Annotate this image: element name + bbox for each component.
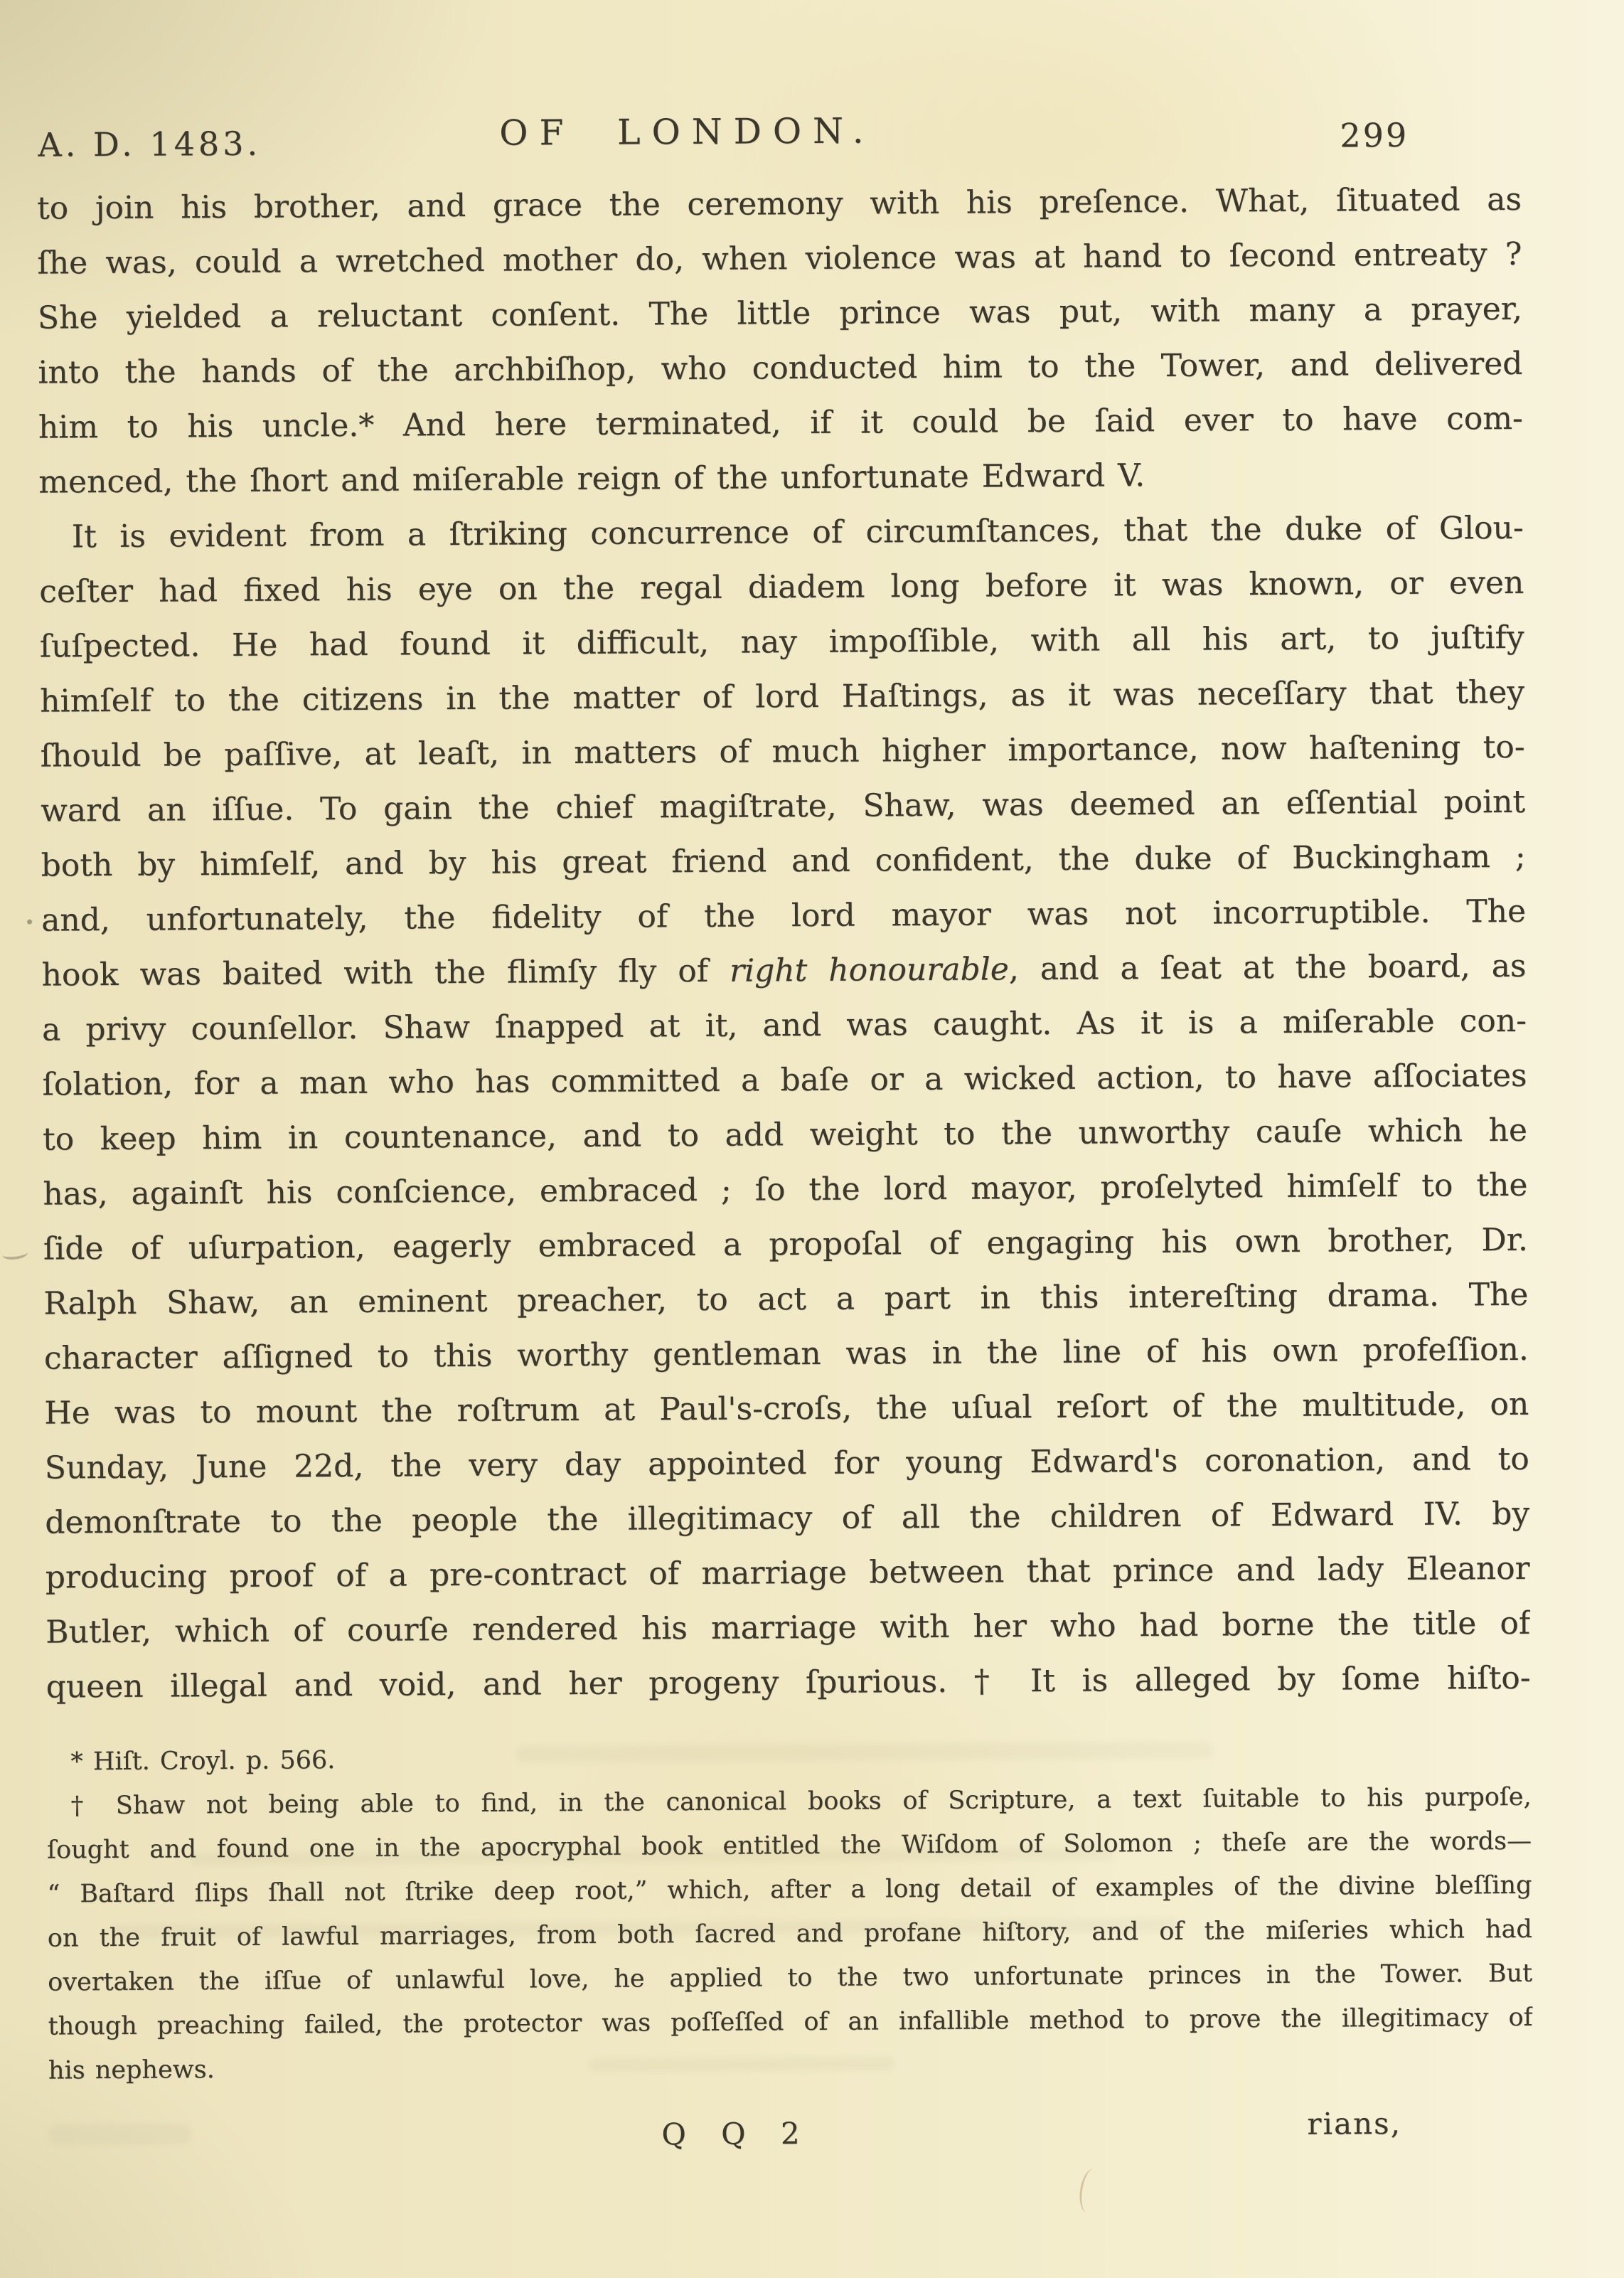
running-title: OF LONDON. [499, 110, 875, 153]
text-line: ceſter had fixed his eye on the regal di… [39, 555, 1524, 619]
text-line: ſhould be paſſive, at leaſt, in matters … [40, 720, 1524, 784]
text-line: him to his uncle.* And here terminated, … [38, 391, 1523, 455]
italic-phrase: right honourable [730, 951, 1009, 989]
paragraph: It is evident from a ſtriking concurrenc… [39, 501, 1531, 1715]
footnotes: * Hiſt. Croyl. p. 566.† Shaw not being a… [46, 1731, 1533, 2093]
scanned-page: A. D. 1483. OF LONDON. 299 to join his b… [0, 0, 1624, 2278]
text-line: a privy counſellor. Shaw ſnapped at it, … [42, 994, 1527, 1058]
text-line: Sunday, June 22d, the very day appointed… [45, 1432, 1529, 1496]
text-line: though preaching failed, the protector w… [48, 1996, 1532, 2049]
text-line: He was to mount the roſtrum at Paul's-cr… [44, 1377, 1529, 1441]
scan-artifact-dot [27, 920, 32, 925]
text-line: queen illegal and void, and her progeny … [46, 1651, 1530, 1715]
text-line: demonſtrate to the people the illegitima… [45, 1486, 1529, 1550]
paragraph: to join his brother, and grace the cerem… [37, 172, 1524, 510]
header-date: A. D. 1483. [38, 124, 261, 164]
text-line: ſolation, for a man who has committed a … [42, 1048, 1527, 1112]
text-line: to join his brother, and grace the cerem… [37, 172, 1522, 236]
page-scan: { "page": { "colors": { "paper": "#f1e9c… [0, 0, 1624, 2278]
page-number: 299 [1340, 116, 1409, 155]
text-line: menced, the ſhort and miſerable reign of… [38, 446, 1523, 510]
text-line: character aſſigned to this worthy gentle… [44, 1322, 1529, 1386]
text-line: and, unfortunately, the fidelity of the … [41, 884, 1526, 948]
show-through-ghost [48, 2123, 191, 2145]
main-text: to join his brother, and grace the cerem… [37, 172, 1531, 1715]
text-line: hook was baited with the flimſy fly of r… [41, 939, 1526, 1003]
text-line: ſuſpected. He had found it difficult, na… [40, 610, 1524, 674]
text-line: has, againſt his conſcience, embraced ; … [43, 1158, 1527, 1222]
signature-mark: Q Q 2 [661, 2116, 806, 2151]
text-line: producing proof of a pre-contract of mar… [46, 1541, 1530, 1605]
text-line: to keep him in countenance, and to add w… [43, 1103, 1527, 1167]
text-line: both by himſelf, and by his great friend… [41, 829, 1525, 893]
catchword: rians, [1307, 2106, 1401, 2141]
text-line: Butler, which of courſe rendered his mar… [46, 1596, 1530, 1660]
text-line: ſhe was, could a wretched mother do, whe… [37, 227, 1522, 291]
text-segment: hook was baited with the flimſy fly of [41, 953, 730, 994]
scan-artifact-mark [1, 1247, 28, 1261]
text-line: ward an iſſue. To gain the chief magiſtr… [41, 775, 1525, 839]
text-line: Ralph Shaw, an eminent preacher, to act … [43, 1267, 1528, 1331]
text-line: his nephews. [48, 2040, 1533, 2093]
text-line: It is evident from a ſtriking concurrenc… [39, 501, 1524, 565]
text-line: himſelf to the citizens in the matter of… [40, 665, 1524, 729]
scan-artifact-pencil [1077, 2168, 1104, 2215]
text-line: into the hands of the archbiſhop, who co… [38, 336, 1522, 400]
text-line: She yielded a reluctant conſent. The lit… [38, 282, 1522, 346]
text-line: ſide of uſurpation, eagerly embraced a p… [43, 1213, 1528, 1277]
text-segment: , and a ſeat at the board, as [1009, 948, 1527, 987]
